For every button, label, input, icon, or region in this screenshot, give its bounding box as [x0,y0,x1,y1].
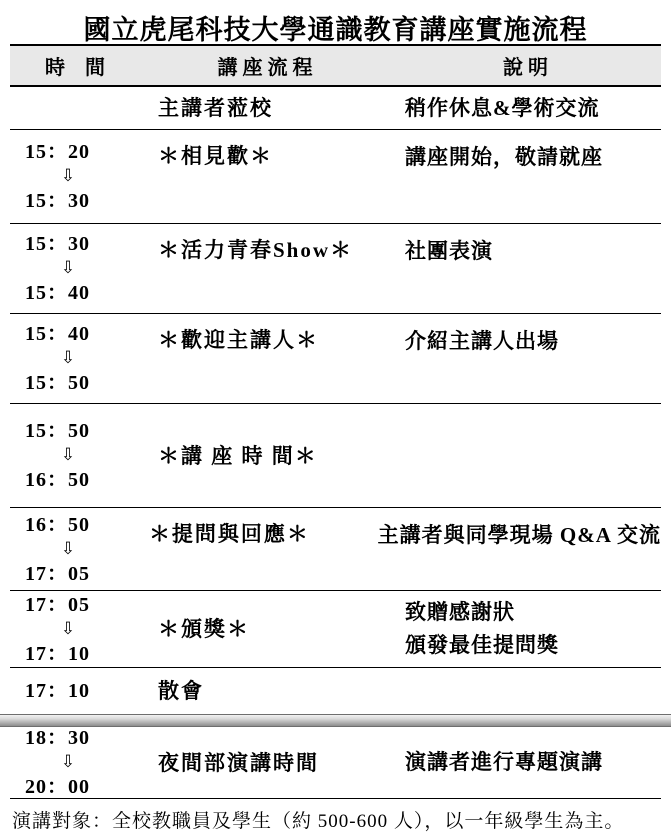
time-start: 17：10 [25,679,111,703]
flow-cell: 夜間部演講時間 [140,727,390,798]
flow-text: 主講者蒞校 [158,93,390,123]
down-arrow-icon: ⇩ [25,753,111,772]
time-start: 15：40 [25,322,111,346]
header-flow: 講 座 流 程 [140,46,390,85]
down-arrow-icon: ⇩ [25,349,111,368]
document-page: 國立虎尾科技大學通識教育講座實施流程 時 間 講 座 流 程 說 明 主講者蒞校… [0,0,671,834]
page-title: 國立虎尾科技大學通識教育講座實施流程 [0,0,671,44]
desc-cell: 致贈感謝狀 頒發最佳提問獎 [390,591,661,667]
down-arrow-icon: ⇩ [25,167,111,186]
desc-cell: 介紹主講人出場 [390,314,661,403]
time-start: 16：50 [25,513,111,537]
audience-note: 演講對象：全校教職員及學生（約 500-600 人），以一年級學生為主。 [0,799,671,833]
time-end: 15：40 [25,281,111,305]
table-row: 18：30 ⇩ 20：00 夜間部演講時間 演講者進行專題演講 [10,727,661,799]
time-cell: 17：10 [10,668,140,714]
time-end: 20：00 [25,775,111,799]
flow-text: ＊講 座 時 間＊ [158,441,390,471]
time-end: 15：30 [25,189,111,213]
time-start: 15：50 [25,419,111,443]
down-arrow-icon: ⇩ [25,540,111,559]
desc-text: 稍作休息&學術交流 [405,92,661,125]
desc-text: 講座開始，敬請就座 [405,141,661,174]
time-start: 17：05 [25,593,111,617]
flow-cell: 主講者蒞校 [140,87,390,129]
table-row: 15：40 ⇩ 15：50 ＊歡迎主講人＊ 介紹主講人出場 [10,314,661,404]
time-start: 15：20 [25,140,111,164]
flow-text: ＊活力青春Show＊ [158,235,390,265]
time-end: 15：50 [25,371,111,395]
desc-cell: 社團表演 [390,224,661,313]
flow-text: 散會 [158,676,390,706]
desc-cell: 講座開始，敬請就座 [390,130,661,223]
time-cell: 18：30 ⇩ 20：00 [10,727,140,798]
evening-section-table: 18：30 ⇩ 20：00 夜間部演講時間 演講者進行專題演講 [10,727,661,799]
flow-cell: ＊相見歡＊ [140,130,390,223]
desc-cell [390,404,661,507]
desc-cell [390,668,661,714]
header-time: 時 間 [10,46,140,85]
flow-cell: ＊頒獎＊ [140,591,390,667]
time-start: 18：30 [25,726,111,750]
desc-cell: 主講者與同學現場 Q&A 交流 [363,508,661,590]
table-row: 主講者蒞校 稍作休息&學術交流 [10,87,661,130]
time-end: 16：50 [25,468,111,492]
table-row: 16：50 ⇩ 17：05 ＊提問與回應＊ 主講者與同學現場 Q&A 交流 [10,508,661,591]
desc-text-line2: 頒發最佳提問獎 [405,629,661,662]
header-desc: 說 明 [390,46,661,85]
time-cell: 16：50 ⇩ 17：05 [10,508,131,590]
flow-text: ＊頒獎＊ [158,614,390,644]
time-cell [10,87,140,129]
down-arrow-icon: ⇩ [25,620,111,639]
flow-text: ＊提問與回應＊ [149,519,363,549]
flow-text: ＊相見歡＊ [158,141,390,171]
desc-cell: 稍作休息&學術交流 [390,87,661,129]
flow-cell: ＊講 座 時 間＊ [140,404,390,507]
time-end: 17：10 [25,642,111,666]
table-row: 17：10 散會 [10,668,661,714]
table-row: 17：05 ⇩ 17：10 ＊頒獎＊ 致贈感謝狀 頒發最佳提問獎 [10,591,661,668]
time-cell: 15：30 ⇩ 15：40 [10,224,140,313]
flow-cell: ＊提問與回應＊ [131,508,363,590]
desc-text: 社團表演 [405,235,661,268]
desc-text: 介紹主講人出場 [405,325,661,358]
flow-cell: 散會 [140,668,390,714]
flow-text: 夜間部演講時間 [158,748,390,778]
time-cell: 15：40 ⇩ 15：50 [10,314,140,403]
flow-text: ＊歡迎主講人＊ [158,325,390,355]
desc-text: 致贈感謝狀 [405,596,661,629]
flow-cell: ＊活力青春Show＊ [140,224,390,313]
time-start: 15：30 [25,232,111,256]
schedule-table: 時 間 講 座 流 程 說 明 主講者蒞校 稍作休息&學術交流 15：20 ⇩ … [10,44,661,714]
table-row: 15：50 ⇩ 16：50 ＊講 座 時 間＊ [10,404,661,508]
time-cell: 15：50 ⇩ 16：50 [10,404,140,507]
time-cell: 17：05 ⇩ 17：10 [10,591,140,667]
table-row: 15：30 ⇩ 15：40 ＊活力青春Show＊ 社團表演 [10,224,661,314]
time-cell: 15：20 ⇩ 15：30 [10,130,140,223]
table-header-row: 時 間 講 座 流 程 說 明 [10,44,661,87]
table-row: 15：20 ⇩ 15：30 ＊相見歡＊ 講座開始，敬請就座 [10,130,661,224]
desc-text: 主講者與同學現場 Q&A 交流 [378,519,661,552]
time-end: 17：05 [25,562,111,586]
down-arrow-icon: ⇩ [25,446,111,465]
desc-text: 演講者進行專題演講 [405,746,661,779]
flow-cell: ＊歡迎主講人＊ [140,314,390,403]
desc-cell: 演講者進行專題演講 [390,727,661,798]
down-arrow-icon: ⇩ [25,259,111,278]
